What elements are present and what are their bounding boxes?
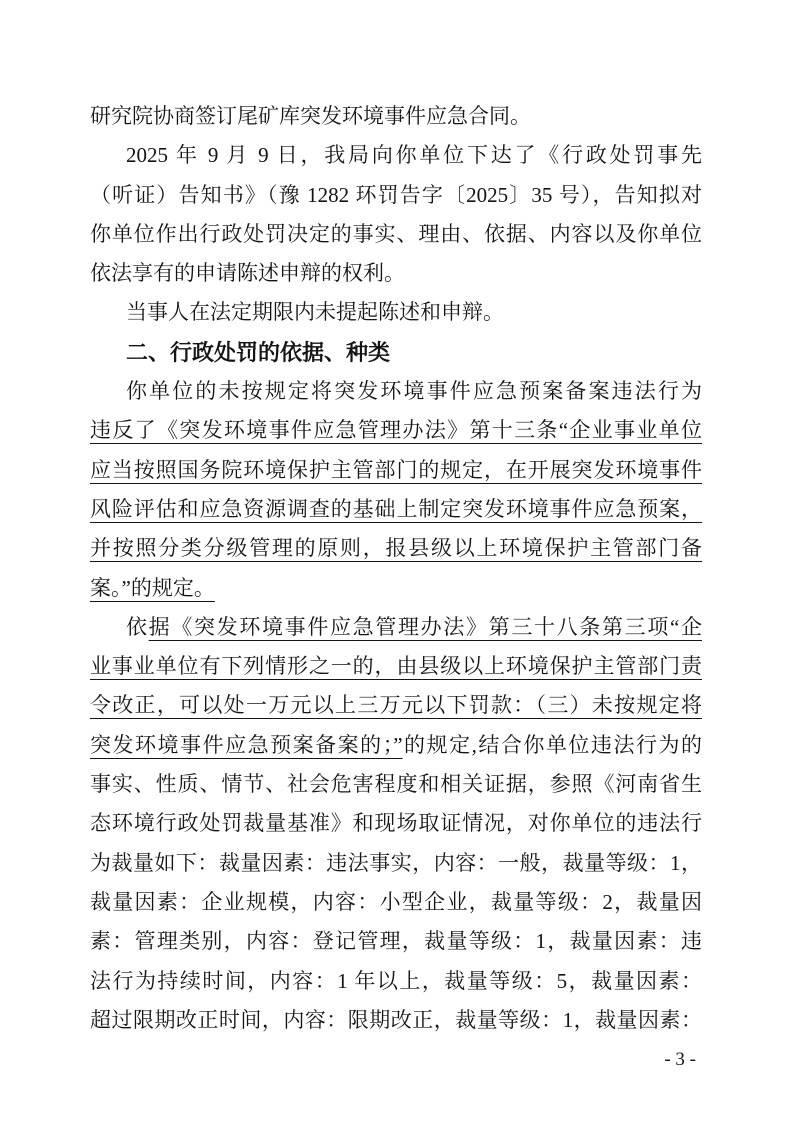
underlined-text-segment: 风险评估和应急资源调查的基础上制定突发环境事件应急预案， — [90, 497, 702, 521]
text-line: 法行为持续时间，内容：1 年以上，裁量等级：5，裁量因素： — [90, 962, 702, 1001]
text-line: 裁量因素：企业规模，内容：小型企业，裁量等级：2，裁量因 — [90, 883, 702, 922]
text-line: 2025 年 9 月 9 日，我局向你单位下达了《行政处罚事先 — [90, 136, 702, 175]
text-line: 态环境行政处罚裁量基准》和现场取证情况，对你单位的违法行 — [90, 804, 702, 843]
text-line: 依据《突发环境事件应急管理办法》第三十八条第三项“企 — [90, 608, 702, 647]
text-line: 你单位作出行政处罚决定的事实、理由、依据、内容以及你单位 — [90, 215, 702, 254]
text-segment: 素：管理类别，内容：登记管理，裁量等级：1，裁量因素：违 — [90, 929, 702, 953]
underlined-text-segment: 据《突发环境事件应急管理办法》第三十八条第三项“企 — [149, 615, 702, 639]
text-segment: 为裁量如下：裁量因素：违法事实，内容：一般，裁量等级：1， — [90, 851, 702, 875]
text-segment: 研究院协商签订尾矿库突发环境事件应急合同。 — [90, 104, 531, 128]
text-segment: 2025 年 9 月 9 日，我局向你单位下达了《行政处罚事先 — [126, 143, 702, 167]
text-segment: 你单位作出行政处罚决定的事实、理由、依据、内容以及你单位 — [90, 222, 702, 246]
text-line: （听证）告知书》（豫 1282 环罚告字〔2025〕35 号），告知拟对 — [90, 176, 702, 215]
text-line: 为裁量如下：裁量因素：违法事实，内容：一般，裁量等级：1， — [90, 844, 702, 883]
section-heading: 二、行政处罚的依据、种类 — [90, 333, 702, 372]
text-line: 风险评估和应急资源调查的基础上制定突发环境事件应急预案， — [90, 490, 702, 529]
text-line: 并按照分类分级管理的原则，报县级以上环境保护主管部门备 — [90, 529, 702, 568]
underlined-text-segment: 并按照分类分级管理的原则，报县级以上环境保护主管部门备 — [90, 536, 702, 560]
text-segment: 事实、性质、情节、社会危害程度和相关证据，参照《河南省生 — [90, 772, 702, 796]
underlined-text-segment: 违反了《突发环境事件应急管理办法》第十三条“企业事业单位 — [90, 418, 702, 442]
text-line: 依法享有的申请陈述申辩的权利。 — [90, 254, 702, 293]
text-line: 突发环境事件应急预案备案的；”的规定,结合你单位违法行为的 — [90, 726, 702, 765]
text-line: 超过限期改正时间，内容：限期改正，裁量等级：1，裁量因素： — [90, 1001, 702, 1040]
text-line: 应当按照国务院环境保护主管部门的规定，在开展突发环境事件 — [90, 451, 702, 490]
text-segment: 裁量因素：企业规模，内容：小型企业，裁量等级：2，裁量因 — [90, 890, 702, 914]
text-segment: 当事人在法定期限内未提起陈述和申辩。 — [126, 300, 504, 324]
underlined-text-segment: 令改正，可以处一万元以上三万元以下罚款：（三）未按规定将 — [90, 693, 702, 717]
document-page: 研究院协商签订尾矿库突发环境事件应急合同。2025 年 9 月 9 日，我局向你… — [0, 0, 793, 1122]
document-lines: 研究院协商签订尾矿库突发环境事件应急合同。2025 年 9 月 9 日，我局向你… — [90, 97, 702, 1040]
text-segment: 的规定,结合你单位违法行为的 — [403, 733, 702, 757]
text-segment: 依法享有的申请陈述申辩的权利。 — [90, 261, 405, 285]
document-body: 研究院协商签订尾矿库突发环境事件应急合同。2025 年 9 月 9 日，我局向你… — [90, 97, 702, 1079]
text-line: 业事业单位有下列情形之一的，由县级以上环境保护主管部门责 — [90, 647, 702, 686]
text-segment: 依 — [126, 615, 149, 639]
text-line: 研究院协商签订尾矿库突发环境事件应急合同。 — [90, 97, 702, 136]
text-segment: 态环境行政处罚裁量基准》和现场取证情况，对你单位的违法行 — [90, 811, 702, 835]
text-line: 案。”的规定。 — [90, 569, 702, 608]
text-line: 你单位的未按规定将突发环境事件应急预案备案违法行为 — [90, 372, 702, 411]
text-segment: 你单位的未按规定将突发环境事件应急预案备案违法行为 — [126, 379, 702, 403]
text-segment: 超过限期改正时间，内容：限期改正，裁量等级：1，裁量因素： — [90, 1008, 702, 1032]
text-line: 违反了《突发环境事件应急管理办法》第十三条“企业事业单位 — [90, 411, 702, 450]
underlined-text-segment: 案。”的规定。 — [90, 576, 215, 600]
text-line: 事实、性质、情节、社会危害程度和相关证据，参照《河南省生 — [90, 765, 702, 804]
text-line: 令改正，可以处一万元以上三万元以下罚款：（三）未按规定将 — [90, 686, 702, 725]
text-segment: 法行为持续时间，内容：1 年以上，裁量等级：5，裁量因素： — [90, 969, 702, 993]
text-line: 当事人在法定期限内未提起陈述和申辩。 — [90, 293, 702, 332]
underlined-text-segment: 应当按照国务院环境保护主管部门的规定，在开展突发环境事件 — [90, 458, 702, 482]
text-segment: （听证）告知书》（豫 1282 环罚告字〔2025〕35 号），告知拟对 — [90, 183, 702, 207]
underlined-text-segment: 业事业单位有下列情形之一的，由县级以上环境保护主管部门责 — [90, 654, 702, 678]
underlined-text-segment: 突发环境事件应急预案备案的；” — [90, 733, 403, 757]
page-number: - 3 - — [90, 1040, 702, 1079]
text-segment: 二、行政处罚的依据、种类 — [126, 340, 390, 365]
text-line: 素：管理类别，内容：登记管理，裁量等级：1，裁量因素：违 — [90, 922, 702, 961]
